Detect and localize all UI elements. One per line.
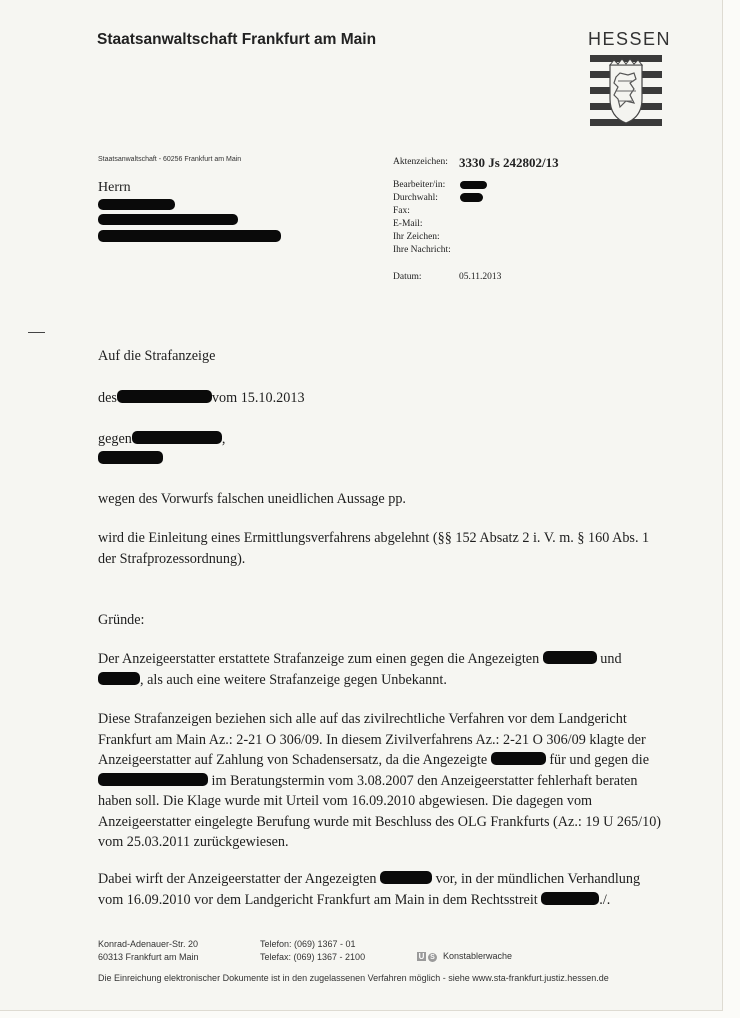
para1-text-c: , als auch eine weitere Strafanzeige geg… [140,672,447,688]
redacted-recipient-name [98,199,175,210]
gegen-prefix: gegen [98,431,132,447]
redacted-accused-b [98,672,140,685]
redacted-accused-2 [98,451,163,464]
gegen-line: gegen, [98,429,668,450]
footer-address-line2: 60313 Frankfurt am Main [98,952,199,962]
email-label: E-Mail: [393,219,423,229]
para2-text-b: für und gegen die [549,752,649,768]
ihre-nachricht-label: Ihre Nachricht: [393,245,451,255]
para1-text-b: und [600,651,621,667]
footer-transit: USKonstablerwache [417,951,512,962]
ihr-zeichen-label: Ihr Zeichen: [393,232,440,242]
redacted-accused-c [491,752,546,765]
recipient-salutation: Herrn [98,180,131,196]
sbahn-icon: S [428,953,437,962]
paragraph-3: Dabei wirft der Anzeigeerstatter der Ang… [98,869,664,910]
para3-text-c: ./. [599,892,610,908]
redacted-complainant [117,390,212,403]
redacted-accused-1 [132,431,222,444]
redacted-durchwahl [460,193,483,202]
letter-page: Staatsanwaltschaft Frankfurt am Main HES… [0,0,723,1011]
bearbeiter-label: Bearbeiter/in: [393,180,445,190]
des-line: desvom 15.10.2013 [98,388,668,409]
redacted-accused-a [543,651,597,664]
redacted-case-party [541,892,599,905]
hessen-coat-of-arms-icon [590,55,662,127]
des-prefix: des [98,390,117,406]
footer-phone: Telefon: (069) 1367 - 01 [260,939,356,949]
authority-title: Staatsanwaltschaft Frankfurt am Main [97,31,376,49]
sender-return-line: Staatsanwaltschaft - 60256 Frankfurt am … [98,156,241,163]
footer-electronic-note: Die Einreichung elektronischer Dokumente… [98,973,609,983]
datum-value: 05.11.2013 [459,272,501,282]
aktenzeichen-label: Aktenzeichen: [393,157,448,167]
aktenzeichen-value: 3330 Js 242802/13 [459,155,559,171]
transit-station: Konstablerwache [443,951,512,961]
para3-text-a: Dabei wirft der Anzeigeerstatter der Ang… [98,871,377,887]
para1-text-a: Der Anzeigeerstatter erstattete Strafanz… [98,651,539,667]
redacted-recipient-street [98,214,238,225]
redacted-recipient-city [98,230,281,242]
paragraph-1: Der Anzeigeerstatter erstattete Strafanz… [98,649,658,690]
gruende-heading: Gründe: [98,610,668,631]
paragraph-2: Diese Strafanzeigen beziehen sich alle a… [98,709,664,853]
footer-fax: Telefax: (069) 1367 - 2100 [260,952,365,962]
fax-label: Fax: [393,206,410,216]
state-logo-text: HESSEN [588,29,671,50]
wegen-line: wegen des Vorwurfs falschen uneidlichen … [98,489,668,510]
ubahn-icon: U [417,952,426,961]
fold-mark [28,332,45,333]
durchwahl-label: Durchwahl: [393,193,438,203]
footer-address-line1: Konrad-Adenauer-Str. 20 [98,939,198,949]
redacted-accused-d [380,871,432,884]
des-suffix: vom 15.10.2013 [212,390,305,406]
decision-paragraph: wird die Einleitung eines Ermittlungsver… [98,528,664,569]
redacted-bank [98,773,208,786]
redacted-bearbeiter [460,181,487,189]
subject-line: Auf die Strafanzeige [98,346,668,367]
gegen-suffix: , [222,431,226,447]
datum-label: Datum: [393,272,422,282]
